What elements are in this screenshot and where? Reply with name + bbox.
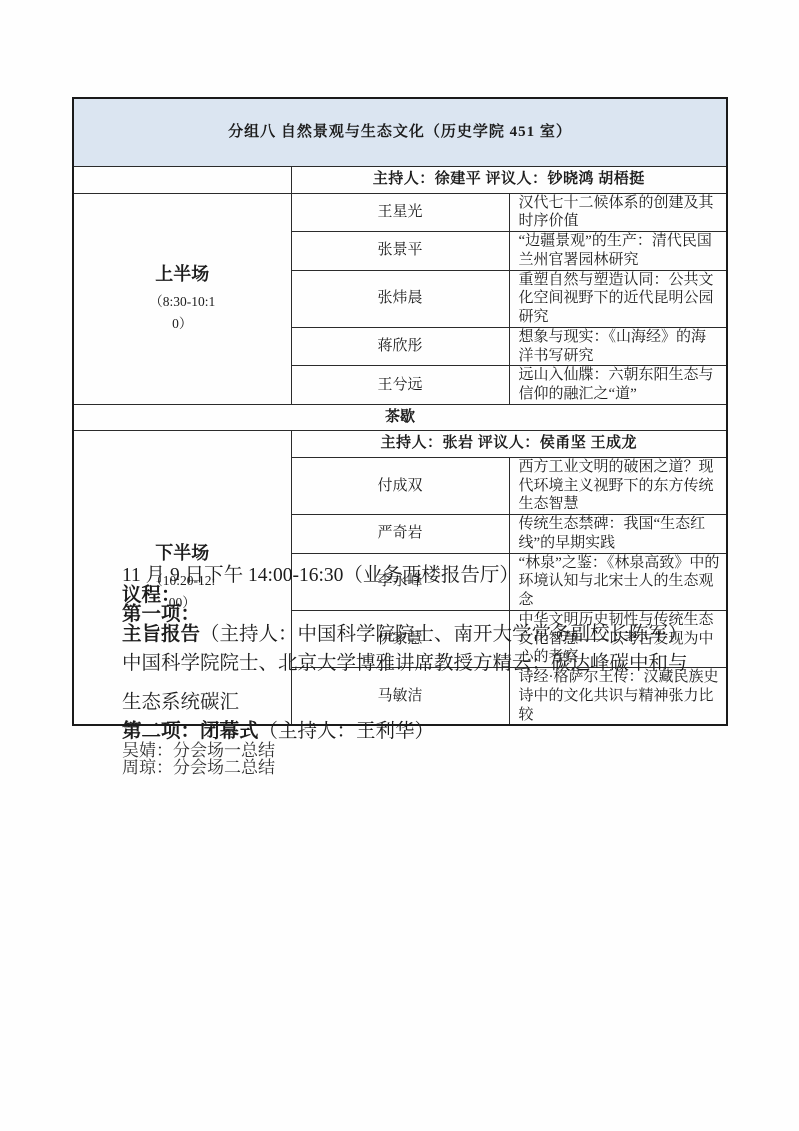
table-row: 下半场 （10:20-12:00） 主持人：张岩 评议人：侯甬坚 王成龙 <box>73 430 727 457</box>
speaker-name: 付成双 <box>291 457 509 514</box>
speaker-name: 王星光 <box>291 193 509 232</box>
speaker-name: 张景平 <box>291 232 509 271</box>
speaker-name: 蒋欣彤 <box>291 327 509 366</box>
session1-time-cell: 上半场 （8:30-10:10） <box>73 193 291 404</box>
summary-line: 周琼：分会场二总结 <box>122 759 688 776</box>
talk-title: 汉代七十二候体系的创建及其时序价值 <box>509 193 727 232</box>
table-row: 茶歇 <box>73 404 727 430</box>
afternoon-heading: 11 月 9 日下午 14:00-16:30（业务西楼报告厅） <box>122 566 688 586</box>
table-row: 分组八 自然景观与生态文化（历史学院 451 室） <box>73 98 727 166</box>
session1-time-label: 上半场 <box>74 263 291 286</box>
table-row: 上半场 （8:30-10:10） 王星光 汉代七十二候体系的创建及其时序价值 <box>73 193 727 232</box>
session1-moderators: 主持人：徐建平 评议人：钞晓鸿 胡梧挺 <box>291 166 727 193</box>
keynote-body: 中国科学院院士、北京大学博雅讲席教授方精云：碳达峰碳中和与生态系统碳汇 <box>122 644 688 722</box>
talk-title: “边疆景观”的生产：清代民国兰州官署园林研究 <box>509 232 727 271</box>
item2-host: （主持人：王利华） <box>259 721 435 742</box>
item2-title: 第二项：闭幕式 <box>122 721 259 742</box>
talk-title: 重塑自然与塑造认同：公共文化空间视野下的近代昆明公园研究 <box>509 270 727 327</box>
session1-time-range: （8:30-10:10） <box>149 291 215 334</box>
item2-line: 第二项：闭幕式（主持人：王利华） <box>122 722 688 742</box>
speaker-name: 张炜晨 <box>291 270 509 327</box>
afternoon-agenda: 11 月 9 日下午 14:00-16:30（业务西楼报告厅） 议程： 第一项：… <box>122 566 688 776</box>
speaker-name: 严奇岩 <box>291 515 509 554</box>
empty-time-cell <box>73 166 291 193</box>
table-title: 分组八 自然景观与生态文化（历史学院 451 室） <box>73 98 727 166</box>
document-page: 分组八 自然景观与生态文化（历史学院 451 室） 主持人：徐建平 评议人：钞晓… <box>0 0 799 1131</box>
speaker-name: 王兮远 <box>291 366 509 405</box>
summary-line: 吴婧：分会场一总结 <box>122 742 688 759</box>
keynote-host: （主持人：中国科学院院士、南开大学常务副校长陈军） <box>200 624 688 645</box>
item1-label: 第一项： <box>122 605 688 625</box>
session2-time-label: 下半场 <box>74 542 291 565</box>
session2-moderators: 主持人：张岩 评议人：侯甬坚 王成龙 <box>291 430 727 457</box>
table-row: 主持人：徐建平 评议人：钞晓鸿 胡梧挺 <box>73 166 727 193</box>
tea-break-row: 茶歇 <box>73 404 727 430</box>
talk-title: 想象与现实：《山海经》的海洋书写研究 <box>509 327 727 366</box>
agenda-label: 议程： <box>122 586 688 606</box>
talk-title: 远山入仙牒：六朝东阳生态与信仰的融汇之“道” <box>509 366 727 405</box>
keynote-title: 主旨报告 <box>122 624 200 645</box>
talk-title: 西方工业文明的破困之道？现代环境主义视野下的东方传统生态智慧 <box>509 457 727 514</box>
keynote-line: 主旨报告（主持人：中国科学院院士、南开大学常务副校长陈军） <box>122 625 688 645</box>
talk-title: 传统生态禁碑：我国“生态红线”的早期实践 <box>509 515 727 554</box>
